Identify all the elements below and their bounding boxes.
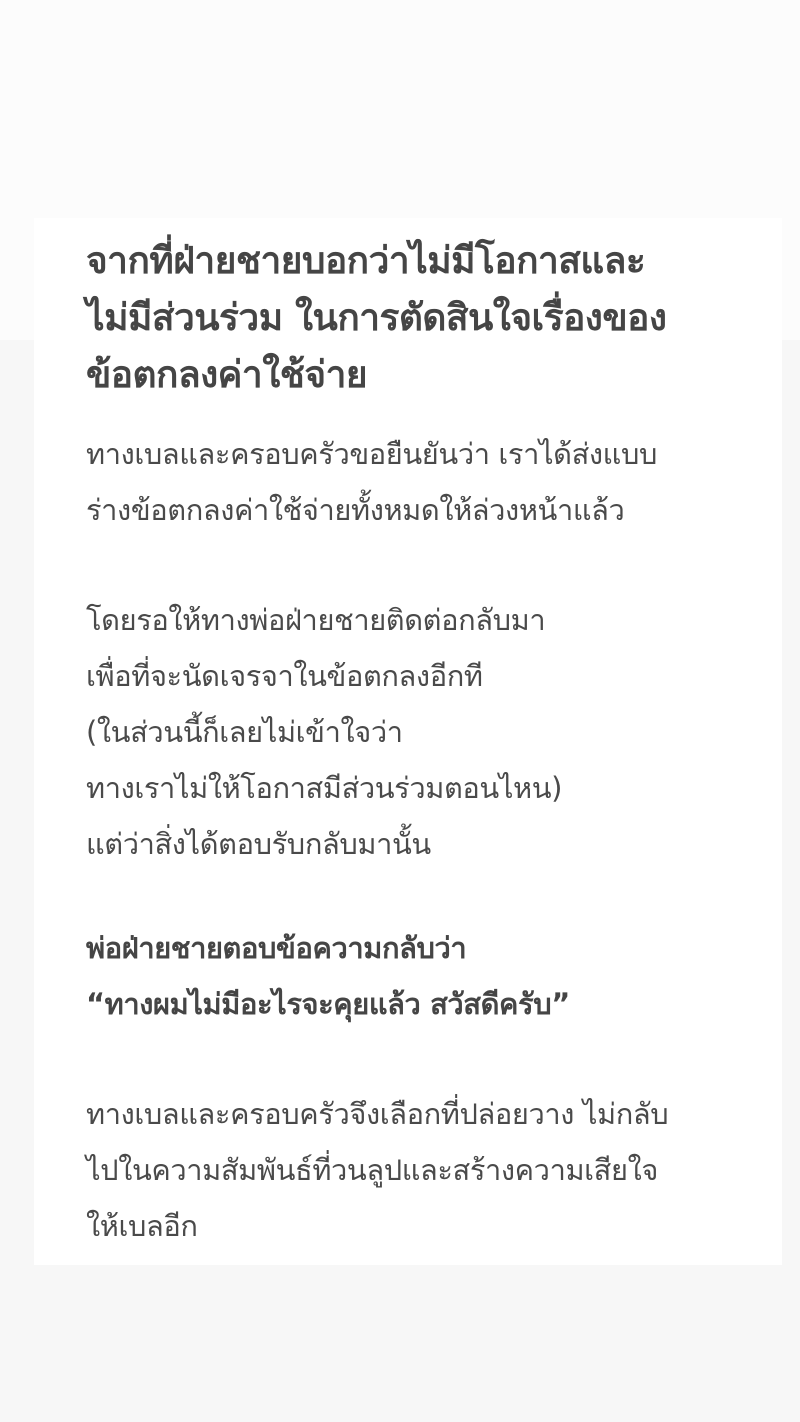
- statement-card: จากที่ฝ่ายชายบอกว่าไม่มีโอกาสและ ไม่มีส่…: [34, 218, 782, 1265]
- paragraph-line: โดยรอให้ทางพ่อฝ่ายชายติดต่อกลับมา: [86, 592, 766, 648]
- paragraph-line: (ในส่วนนี้ก็เลยไม่เข้าใจว่า: [86, 704, 766, 760]
- headline-line: จากที่ฝ่ายชายบอกว่าไม่มีโอกาสและ: [86, 232, 766, 289]
- paragraph-confirmation: ทางเบลและครอบครัวขอยืนยันว่า เราได้ส่งแบ…: [86, 426, 766, 538]
- paragraph-line: ไปในความสัมพันธ์ที่วนลูปและสร้างความเสีย…: [86, 1142, 766, 1198]
- paragraph-line: ทางเราไม่ให้โอกาสมีส่วนร่วมตอนไหน): [86, 760, 766, 816]
- paragraph-line: แต่ว่าสิ่งได้ตอบรับกลับมานั้น: [86, 816, 766, 872]
- headline-line: ไม่มีส่วนร่วม ในการตัดสินใจเรื่องของ: [86, 289, 766, 346]
- headline: จากที่ฝ่ายชายบอกว่าไม่มีโอกาสและ ไม่มีส่…: [86, 232, 766, 403]
- paragraph-waiting: โดยรอให้ทางพ่อฝ่ายชายติดต่อกลับมา เพื่อท…: [86, 592, 766, 872]
- paragraph-line: ให้เบลอีก: [86, 1198, 766, 1254]
- paragraph-line: ทางเบลและครอบครัวขอยืนยันว่า เราได้ส่งแบ…: [86, 426, 766, 482]
- paragraph-quote: พ่อฝ่ายชายตอบข้อความกลับว่า “ทางผมไม่มีอ…: [86, 920, 766, 1032]
- paragraph-line: ร่างข้อตกลงค่าใช้จ่ายทั้งหมดให้ล่วงหน้าแ…: [86, 482, 766, 538]
- paragraph-line: ทางเบลและครอบครัวจึงเลือกที่ปล่อยวาง ไม่…: [86, 1086, 766, 1142]
- paragraph-line: เพื่อที่จะนัดเจรจาในข้อตกลงอีกที: [86, 648, 766, 704]
- paragraph-line: พ่อฝ่ายชายตอบข้อความกลับว่า: [86, 920, 766, 976]
- headline-line: ข้อตกลงค่าใช้จ่าย: [86, 346, 766, 403]
- paragraph-conclusion: ทางเบลและครอบครัวจึงเลือกที่ปล่อยวาง ไม่…: [86, 1086, 766, 1254]
- quote-line: “ทางผมไม่มีอะไรจะคุยแล้ว สวัสดีครับ”: [86, 976, 766, 1032]
